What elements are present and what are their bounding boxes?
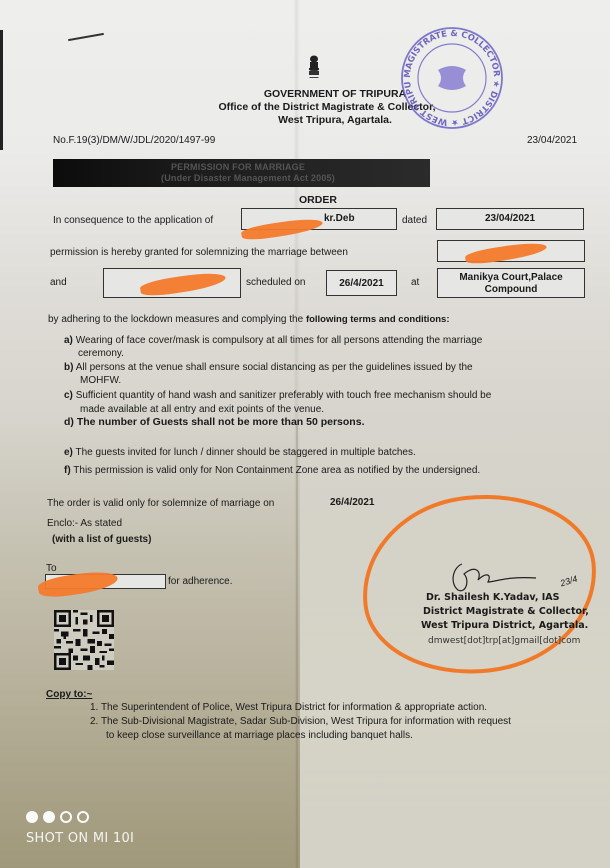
signatory-district: West Tripura District, Agartala. [421, 620, 588, 631]
condition-d: d) The number of Guests shall not be mor… [64, 416, 364, 429]
dot-icon [60, 811, 72, 823]
dot-icon [26, 811, 38, 823]
venue-line-1: Manikya Court,Palace [438, 272, 584, 284]
camera-watermark-text: SHOT ON MI 10I [26, 831, 134, 846]
to-label: To [46, 563, 57, 574]
header-office: Office of the District Magistrate & Coll… [22, 101, 610, 113]
dated-field: 23/04/2021 [436, 208, 584, 230]
dot-icon [43, 811, 55, 823]
conditions-intro: by adhering to the lockdown measures and… [48, 313, 450, 326]
permission-text: permission is hereby granted for solemni… [50, 247, 348, 258]
scheduled-field: 26/4/2021 [326, 270, 397, 296]
validity-label: The order is valid only for solemnize of… [47, 498, 274, 509]
validity-date: 26/4/2021 [330, 497, 375, 508]
document-subtitle: (Under Disaster Management Act 2005) [118, 173, 378, 183]
enclosure-label: Enclo:- As stated [47, 518, 122, 529]
camera-watermark-dots [26, 811, 89, 823]
applicant-label: In consequence to the application of [53, 215, 213, 226]
paper-edge [0, 30, 3, 150]
paper-fold [296, 420, 298, 868]
pen-mark [68, 33, 104, 41]
venue-field: Manikya Court,Palace Compound [437, 268, 585, 298]
paper-shadow [0, 420, 300, 868]
reference-date: 23/04/2021 [527, 135, 577, 146]
scheduled-label: scheduled on [246, 277, 306, 288]
and-label: and [50, 277, 67, 288]
dated-label: dated [402, 215, 427, 226]
applicant-value: kr.Deb [324, 213, 355, 224]
order-heading: ORDER [299, 194, 337, 206]
condition-f: f) This permission is valid only for Non… [64, 464, 480, 477]
signatory-name: Dr. Shailesh K.Yadav, IAS [426, 592, 560, 603]
official-seal-stamp: MAGISTRATE & COLLECTOR ★ DISTRICT ★ WEST… [398, 24, 506, 132]
enclosure-note: (with a list of guests) [52, 534, 151, 545]
venue-line-2: Compound [438, 284, 584, 296]
copy-to-item: 1. The Superintendent of Police, West Tr… [90, 701, 487, 714]
header-location: West Tripura, Agartala. [30, 114, 610, 126]
condition-a: a) Wearing of face cover/mask is compuls… [64, 334, 482, 347]
document-title-bar: PERMISSION FOR MARRIAGE (Under Disaster … [53, 159, 430, 187]
adherence-text: for adherence. [168, 576, 233, 587]
copy-to-item-cont: to keep close surveillance at marriage p… [106, 729, 413, 742]
condition-a-cont: ceremony. [78, 347, 124, 360]
condition-b: b) All persons at the venue shall ensure… [64, 361, 473, 374]
qr-code [54, 609, 114, 671]
national-emblem-icon [307, 55, 321, 81]
dot-icon [77, 811, 89, 823]
condition-e: e) The guests invited for lunch / dinner… [64, 446, 416, 459]
condition-b-cont: MOHFW. [80, 374, 121, 387]
signatory-email: dmwest[dot]trp[at]gmail[dot]com [428, 636, 580, 646]
at-label: at [411, 277, 419, 288]
copy-to-heading: Copy to:~ [46, 689, 92, 700]
condition-c-cont: made available at all entry and exit poi… [80, 403, 324, 416]
document-title: PERMISSION FOR MARRIAGE [148, 162, 328, 172]
copy-to-item: 2. The Sub-Divisional Magistrate, Sadar … [90, 715, 511, 728]
header-government: GOVERNMENT OF TRIPURA [30, 88, 610, 100]
condition-c: c) Sufficient quantity of hand wash and … [64, 389, 491, 402]
signatory-designation: District Magistrate & Collector, [423, 606, 589, 617]
reference-number: No.F.19(3)/DM/W/JDL/2020/1497-99 [53, 135, 215, 146]
